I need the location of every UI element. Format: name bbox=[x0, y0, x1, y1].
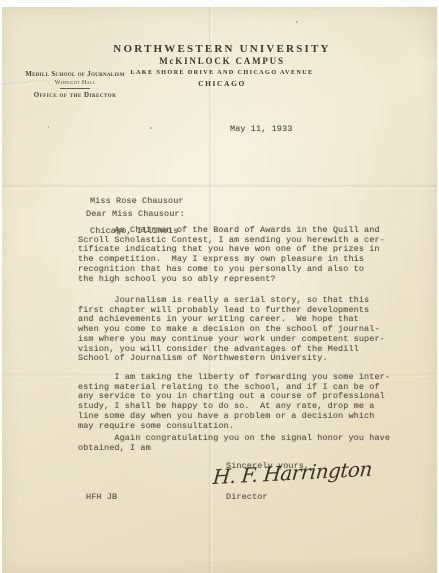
recipient-name: Miss Rose Chausour bbox=[90, 197, 184, 207]
letterhead-hall: Wieboldt Hall bbox=[12, 79, 138, 86]
body-paragraph-2: Journalism is really a serial story, so … bbox=[78, 296, 414, 364]
letterhead-department: Medill School of Journalism bbox=[12, 70, 138, 78]
paper-speck bbox=[150, 127, 152, 129]
body-paragraph-4: Again congratulating you on the signal h… bbox=[78, 434, 414, 453]
paper-speck bbox=[296, 21, 298, 23]
scanned-letter: NORTHWESTERN UNIVERSITY McKINLOCK CAMPUS… bbox=[0, 0, 439, 573]
signer-title: Director bbox=[226, 493, 268, 503]
reference-initials: HFH JB bbox=[86, 493, 117, 503]
fold-crease-horizontal-upper bbox=[2, 184, 437, 189]
letterhead-university: NORTHWESTERN UNIVERSITY bbox=[52, 43, 392, 55]
body-paragraph-1: As Chairman of the Board of Awards in th… bbox=[78, 226, 414, 284]
letter-date: May 11, 1933 bbox=[230, 125, 292, 135]
letter-paper: NORTHWESTERN UNIVERSITY McKINLOCK CAMPUS… bbox=[2, 7, 437, 573]
salutation: Dear Miss Chausour: bbox=[86, 210, 185, 220]
letterhead-campus: McKINLOCK CAMPUS bbox=[52, 56, 392, 66]
letterhead-department-block: Medill School of Journalism Wieboldt Hal… bbox=[12, 70, 138, 99]
letterhead-divider bbox=[60, 88, 90, 89]
paper-speck bbox=[48, 126, 49, 128]
letterhead-office: Office of the Director bbox=[12, 91, 138, 99]
body-paragraph-3: I am taking the liberty of forwarding yo… bbox=[78, 373, 414, 431]
